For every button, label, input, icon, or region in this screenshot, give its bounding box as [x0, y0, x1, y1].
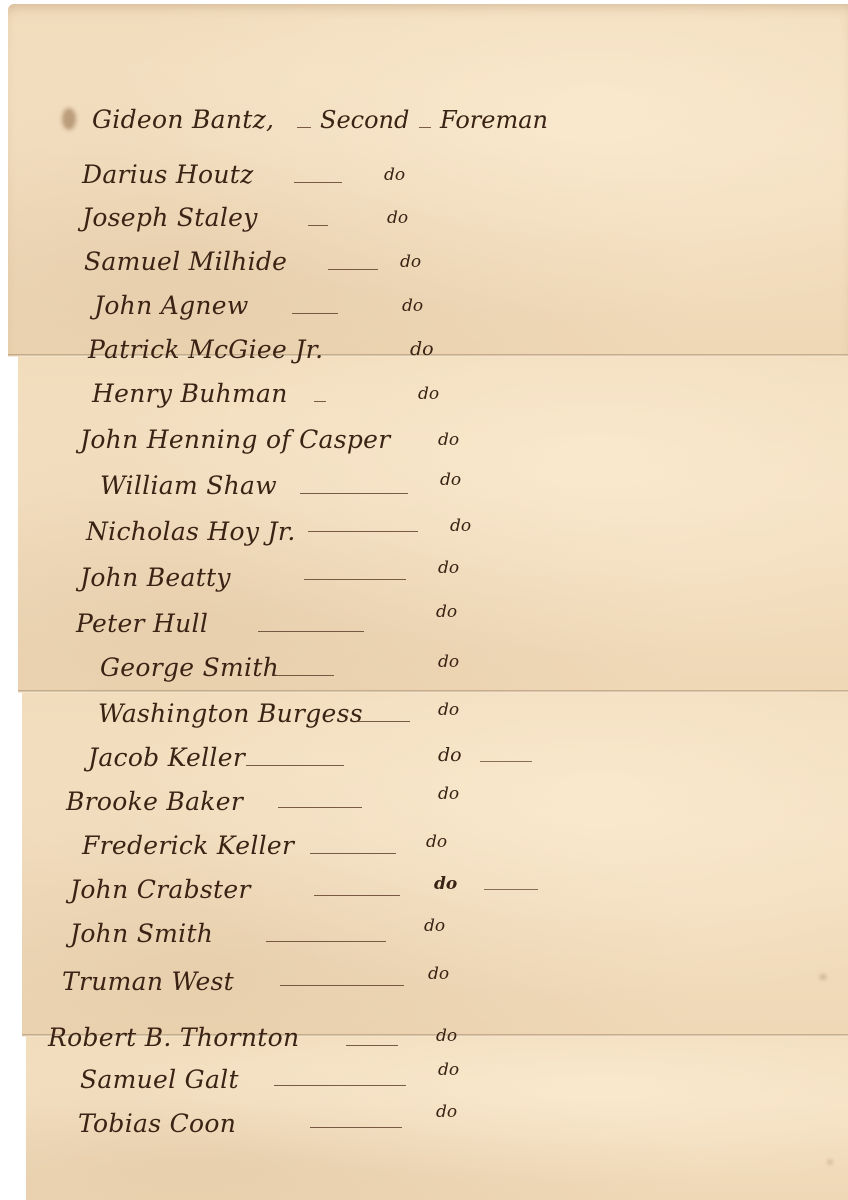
entry-name: Samuel Galt: [80, 1065, 239, 1094]
name-list: Gideon Bantz, Second Foreman Darius Hout…: [0, 0, 848, 1200]
separator-dash: [300, 493, 408, 495]
list-item: John Smith do: [60, 914, 500, 954]
entry-name: George Smith: [100, 653, 279, 682]
list-item: Washington Burgess do: [98, 694, 538, 734]
ditto-mark: do: [436, 1026, 457, 1046]
entry-name: Joseph Staley: [82, 203, 258, 232]
separator-dash: [278, 807, 362, 809]
ditto-mark: do: [436, 1102, 457, 1122]
list-item: John Henning of Casper do: [80, 420, 500, 460]
ditto-mark: do: [438, 430, 459, 450]
scanned-document: Gideon Bantz, Second Foreman Darius Hout…: [0, 0, 848, 1200]
list-item: Tobias Coon do: [78, 1104, 538, 1144]
list-item: Frederick Keller do: [82, 826, 522, 866]
entry-name: Darius Houtz: [82, 160, 254, 189]
entry-name: Henry Buhman: [92, 379, 288, 408]
separator-dash: [314, 895, 400, 897]
list-item: John Crabster do: [62, 870, 562, 910]
separator-dash: [258, 631, 364, 633]
list-item: Nicholas Hoy Jr. do: [86, 512, 506, 552]
separator-dash: [308, 225, 328, 227]
list-item: Samuel Galt do: [80, 1060, 540, 1100]
list-item: Darius Houtz do: [82, 155, 482, 195]
ditto-mark: do: [387, 208, 408, 228]
ditto-mark: do: [438, 1060, 459, 1080]
separator-dash: [294, 182, 342, 184]
entry-name: John Henning of Casper: [80, 425, 391, 454]
list-item: Henry Buhman do: [92, 374, 492, 414]
separator-dash: [419, 127, 431, 129]
trailing-dash: [480, 761, 532, 763]
ditto-mark: do: [400, 252, 421, 272]
entry-name: Peter Hull: [76, 609, 208, 638]
ditto-mark: do: [450, 516, 471, 536]
entry-name: Truman West: [62, 967, 234, 996]
ditto-mark: do: [436, 602, 457, 622]
ditto-mark: do: [440, 470, 461, 490]
separator-dash: [356, 721, 410, 723]
ditto-mark: do: [418, 384, 439, 404]
list-item: Robert B. Thornton do: [48, 1018, 508, 1058]
entry-name: John Beatty: [80, 563, 231, 592]
entry-name: Nicholas Hoy Jr.: [86, 517, 296, 546]
separator-dash: [266, 941, 386, 943]
separator-dash: [308, 531, 418, 533]
entry-name: Robert B. Thornton: [48, 1023, 299, 1052]
trailing-dash: [484, 889, 538, 891]
entry-name: Frederick Keller: [82, 831, 294, 860]
entry-name: Jacob Keller: [88, 743, 245, 772]
list-item: Brooke Baker do: [66, 782, 506, 822]
separator-dash: [328, 269, 378, 271]
separator-dash: [274, 1085, 406, 1087]
list-item: Joseph Staley do: [82, 198, 482, 238]
entry-name: Brooke Baker: [66, 787, 243, 816]
ditto-mark: do: [428, 964, 449, 984]
separator-dash: [272, 675, 334, 677]
list-item: William Shaw do: [100, 466, 520, 506]
separator-dash: [280, 985, 404, 987]
ditto-mark: do: [438, 744, 462, 766]
ditto-mark: do: [384, 165, 405, 185]
separator-dash: [310, 853, 396, 855]
entry-name: Patrick McGiee Jr.: [88, 335, 323, 364]
ditto-mark: do: [438, 652, 459, 672]
list-item: Truman West do: [62, 962, 502, 1002]
entry-name: Washington Burgess: [98, 699, 363, 728]
separator-dash: [310, 1127, 402, 1129]
entry-name: John Agnew: [94, 291, 249, 320]
list-item: George Smith do: [100, 648, 540, 688]
separator-dash: [246, 765, 344, 767]
list-item: Jacob Keller do: [82, 738, 562, 778]
separator-dash: [292, 313, 338, 315]
list-item: John Beatty do: [58, 558, 498, 598]
ditto-mark: do: [438, 700, 459, 720]
ditto-mark: do: [426, 832, 447, 852]
separator-dash: [314, 401, 326, 403]
entry-name: John Smith: [70, 919, 213, 948]
ditto-mark: do: [424, 916, 445, 936]
list-item: Peter Hull do: [76, 604, 516, 644]
list-item: John Agnew do: [94, 286, 494, 326]
ditto-mark: do: [410, 338, 434, 360]
separator-dash: [297, 127, 311, 129]
separator-dash: [346, 1045, 398, 1047]
entry-name: William Shaw: [100, 471, 277, 500]
list-item: Patrick McGiee Jr. do: [88, 330, 488, 370]
entry-name: Samuel Milhide: [84, 247, 287, 276]
ditto-mark: do: [438, 784, 459, 804]
ditto-mark: do: [402, 296, 423, 316]
list-item: Gideon Bantz, Second Foreman: [92, 100, 692, 140]
entry-role: Second: [320, 106, 409, 134]
list-item: Samuel Milhide do: [84, 242, 484, 282]
entry-name: Tobias Coon: [78, 1109, 236, 1138]
entry-role: Foreman: [440, 106, 548, 134]
entry-name: John Crabster: [70, 875, 251, 904]
ditto-mark: do: [438, 558, 459, 578]
ditto-mark: do: [434, 874, 457, 894]
separator-dash: [304, 579, 406, 581]
entry-name: Gideon Bantz,: [92, 105, 274, 134]
